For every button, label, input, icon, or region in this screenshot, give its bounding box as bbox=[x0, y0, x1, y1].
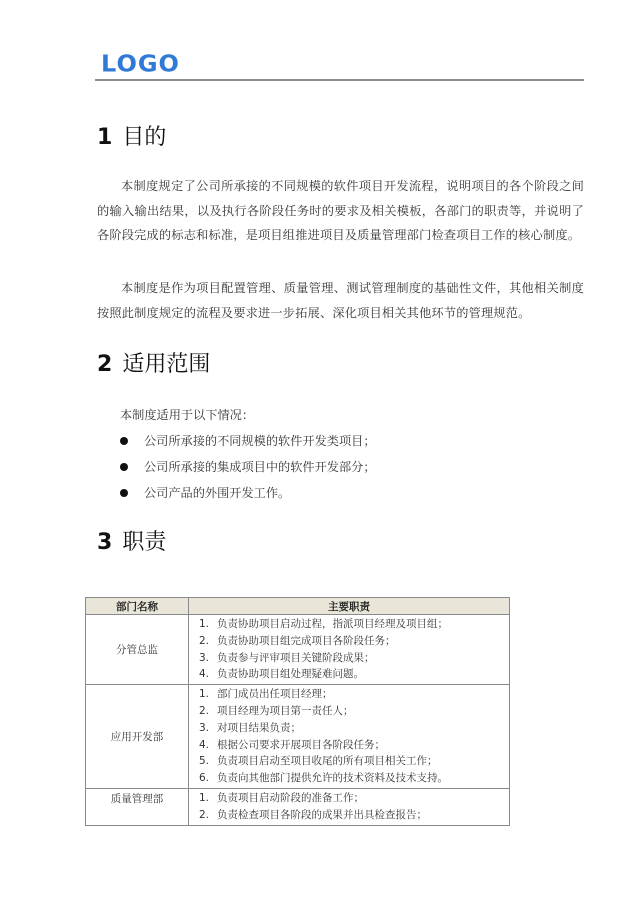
section-title: 目的 bbox=[122, 125, 166, 150]
table-row: 应用开发部 1.部门成员出任项目经理； 2.项目经理为项目第一责任人； 3.对项… bbox=[86, 685, 510, 789]
bullet-icon bbox=[120, 489, 128, 497]
section-number: 2 bbox=[97, 352, 112, 377]
duties-cell: 1.部门成员出任项目经理； 2.项目经理为项目第一责任人； 3.对项目结果负责；… bbox=[189, 685, 510, 789]
section-heading-responsibilities: 3职责 bbox=[97, 529, 166, 557]
duty-item: 2.项目经理为项目第一责任人； bbox=[199, 703, 509, 720]
duty-item: 1.负责协助项目启动过程，指派项目经理及项目组； bbox=[199, 616, 509, 633]
company-logo: LOGO bbox=[101, 51, 180, 78]
responsibilities-table: 部门名称 主要职责 分管总监 1.负责协助项目启动过程，指派项目经理及项目组； … bbox=[85, 597, 510, 826]
duty-item: 2.负责检查项目各阶段的成果并出具检查报告； bbox=[199, 807, 509, 824]
purpose-paragraph-2: 本制度是作为项目配置管理、质量管理、测试管理制度的基础性文件，其他相关制度按照此… bbox=[97, 276, 584, 325]
table-row: 分管总监 1.负责协助项目启动过程，指派项目经理及项目组； 2.负责协助项目组完… bbox=[86, 615, 510, 685]
duty-item: 2.负责协助项目组完成项目各阶段任务； bbox=[199, 633, 509, 650]
duty-item: 3.对项目结果负责； bbox=[199, 720, 509, 737]
table-header-row: 部门名称 主要职责 bbox=[86, 598, 510, 615]
department-cell: 质量管理部 bbox=[86, 788, 189, 825]
duty-item: 5.负责项目启动至项目收尾的所有项目相关工作； bbox=[199, 753, 509, 770]
duty-item: 1.负责项目启动阶段的准备工作； bbox=[199, 790, 509, 807]
duty-item: 1.部门成员出任项目经理； bbox=[199, 686, 509, 703]
duty-item: 4.根据公司要求开展项目各阶段任务； bbox=[199, 737, 509, 754]
list-item: 公司所承接的不同规模的软件开发类项目； bbox=[120, 428, 376, 454]
list-item: 公司产品的外围开发工作。 bbox=[120, 480, 376, 506]
purpose-paragraph-1: 本制度规定了公司所承接的不同规模的软件项目开发流程，说明项目的各个阶段之间的输入… bbox=[97, 148, 584, 248]
section-heading-scope: 2适用范围 bbox=[97, 351, 210, 379]
section-title: 职责 bbox=[122, 530, 166, 555]
duties-cell: 1.负责项目启动阶段的准备工作； 2.负责检查项目各阶段的成果并出具检查报告； bbox=[189, 788, 510, 825]
duty-item: 6.负责向其他部门提供允许的技术资料及技术支持。 bbox=[199, 770, 509, 787]
duty-item: 3.负责参与评审项目关键阶段成果； bbox=[199, 650, 509, 667]
duties-cell: 1.负责协助项目启动过程，指派项目经理及项目组； 2.负责协助项目组完成项目各阶… bbox=[189, 615, 510, 685]
scope-intro: 本制度适用于以下情况： bbox=[120, 405, 254, 425]
scope-list: 公司所承接的不同规模的软件开发类项目； 公司所承接的集成项目中的软件开发部分； … bbox=[120, 428, 376, 506]
bullet-icon bbox=[120, 437, 128, 445]
header-divider bbox=[95, 79, 584, 81]
section-number: 1 bbox=[97, 125, 112, 150]
department-cell: 应用开发部 bbox=[86, 685, 189, 789]
column-header-department: 部门名称 bbox=[86, 598, 189, 615]
column-header-duties: 主要职责 bbox=[189, 598, 510, 615]
bullet-icon bbox=[120, 463, 128, 471]
table-row: 质量管理部 1.负责项目启动阶段的准备工作； 2.负责检查项目各阶段的成果并出具… bbox=[86, 788, 510, 825]
department-cell: 分管总监 bbox=[86, 615, 189, 685]
section-title: 适用范围 bbox=[122, 352, 210, 377]
duty-item: 4.负责协助项目组处理疑难问题。 bbox=[199, 666, 509, 683]
section-number: 3 bbox=[97, 530, 112, 555]
list-item: 公司所承接的集成项目中的软件开发部分； bbox=[120, 454, 376, 480]
